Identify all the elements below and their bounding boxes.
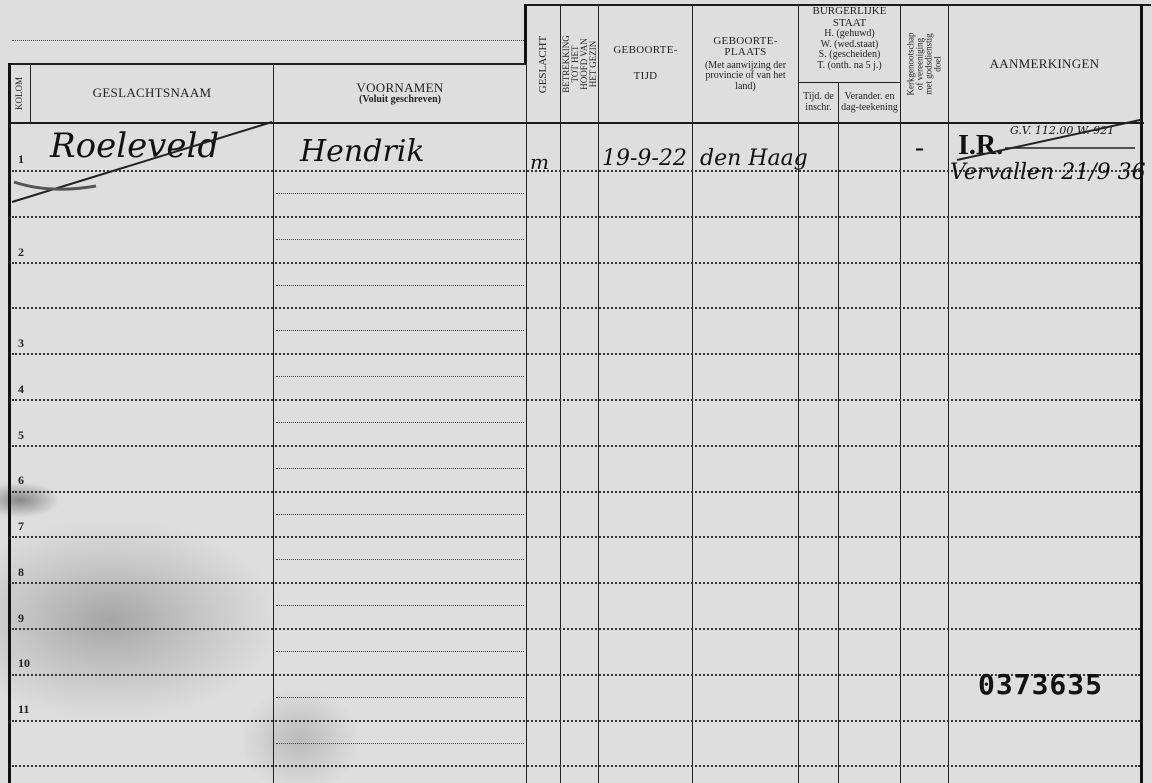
subrow-line: [276, 514, 524, 515]
row-line: [12, 674, 1140, 676]
header-voornamen-sub: (Voluit geschreven): [359, 95, 441, 106]
header-kerkgenootschap: Kerkgenootschap of vereeniging met godsd…: [901, 6, 948, 122]
subrow-line: [276, 239, 524, 240]
row-number: 5: [18, 428, 24, 443]
col-divider-verander: [838, 82, 839, 783]
header-tijd-inschr: Tijd. de inschr.: [799, 83, 838, 122]
subrow-line: [276, 376, 524, 377]
row-line: [12, 765, 1140, 767]
row-number: 10: [18, 656, 30, 671]
serial-number: 0373635: [978, 668, 1103, 701]
row-line: [12, 628, 1140, 630]
row-number: 3: [18, 336, 24, 351]
register-card: KOLOM GESLACHTSNAAM VOORNAMEN (Voluit ge…: [0, 0, 1152, 783]
header-geslachtsnaam: GESLACHTSNAAM: [31, 64, 273, 122]
subrow-line: [276, 422, 524, 423]
header-betrekking: BETREKKING TOT HET HOOFD VAN HET GEZIN: [561, 6, 598, 122]
header-voornamen-label: VOORNAMEN: [356, 81, 443, 95]
header-geslachtsnaam-label: GESLACHTSNAAM: [93, 86, 212, 100]
header-kolom: KOLOM: [9, 64, 30, 122]
row-line: [12, 445, 1140, 447]
header-burgerlijke-staat-title: BURGERLIJKE STAAT: [810, 6, 890, 29]
entry-firstname: Hendrik: [300, 134, 425, 169]
row-number: 2: [18, 245, 24, 260]
header-aanmerkingen-label: AANMERKINGEN: [990, 57, 1100, 71]
header-verander: Verander. en dag-teekening: [839, 83, 900, 122]
header-kolom-label: KOLOM: [15, 77, 24, 110]
header-geboorteplaats-sub: (Met aanwijzing der provincie of van het…: [700, 61, 792, 93]
header-aanmerkingen: AANMERKINGEN: [949, 6, 1140, 122]
row-number: 7: [18, 519, 24, 534]
row-line: [12, 720, 1140, 722]
entry-gender: m: [530, 150, 549, 174]
row-line: [12, 536, 1140, 538]
subrow-line: [276, 697, 524, 698]
header-geslacht-label: GESLACHT: [538, 35, 549, 92]
entry-birthplace: den Haag: [700, 146, 808, 171]
header-geboorteplaats: GEBOORTE- PLAATS (Met aanwijzing der pro…: [693, 6, 798, 122]
subrow-line: [276, 559, 524, 560]
subrow-line: [276, 285, 524, 286]
header-verander-label: Verander. en dag-teekening: [841, 92, 899, 113]
row-number: 4: [18, 382, 24, 397]
strike-through-line: [10, 120, 280, 210]
entry-religion: –: [915, 138, 924, 159]
header-geboortetijd-label-2: TIJD: [634, 71, 658, 83]
row-line: [12, 582, 1140, 584]
header-betrekking-label: BETREKKING TOT HET HOOFD VAN HET GEZIN: [562, 35, 598, 93]
header-geboortetijd-label-1: GEBOORTE-: [613, 45, 677, 57]
subrow-line: [276, 330, 524, 331]
row-number: 8: [18, 565, 24, 580]
remark-strike: [955, 118, 1145, 163]
subrow-line: [276, 651, 524, 652]
row-line: [12, 216, 1140, 218]
row-line: [12, 491, 1140, 493]
row-number: 11: [18, 702, 29, 717]
row-number: 9: [18, 611, 24, 626]
row-line: [12, 262, 1140, 264]
subrow-line: [276, 743, 524, 744]
row-number: 6: [18, 473, 24, 488]
top-dotted-line: [12, 40, 524, 41]
header-kerkgenootschap-label: Kerkgenootschap of vereeniging met godsd…: [907, 33, 943, 96]
subrow-line: [276, 193, 524, 194]
header-tijd-inschr-label: Tijd. de inschr.: [801, 92, 837, 113]
header-geslacht: GESLACHT: [527, 6, 560, 122]
subrow-line: [276, 468, 524, 469]
header-geboortetijd: GEBOORTE- TIJD: [599, 6, 692, 122]
row-line: [12, 399, 1140, 401]
subrow-line: [276, 605, 524, 606]
entry-birthdate: 19-9-22: [602, 146, 687, 171]
header-burgerlijke-staat: BURGERLIJKE STAAT H. (gehuwd) W. (wed.st…: [799, 6, 900, 82]
entry-remark-2: Vervallen 21/9 36 R: [950, 160, 1152, 185]
row-line: [12, 307, 1140, 309]
header-geboorteplaats-label-2: PLAATS: [724, 47, 766, 59]
row-line: [12, 353, 1140, 355]
header-voornamen: VOORNAMEN (Voluit geschreven): [274, 64, 526, 122]
header-bs-t: T. (onth. na 5 j.): [817, 61, 882, 72]
